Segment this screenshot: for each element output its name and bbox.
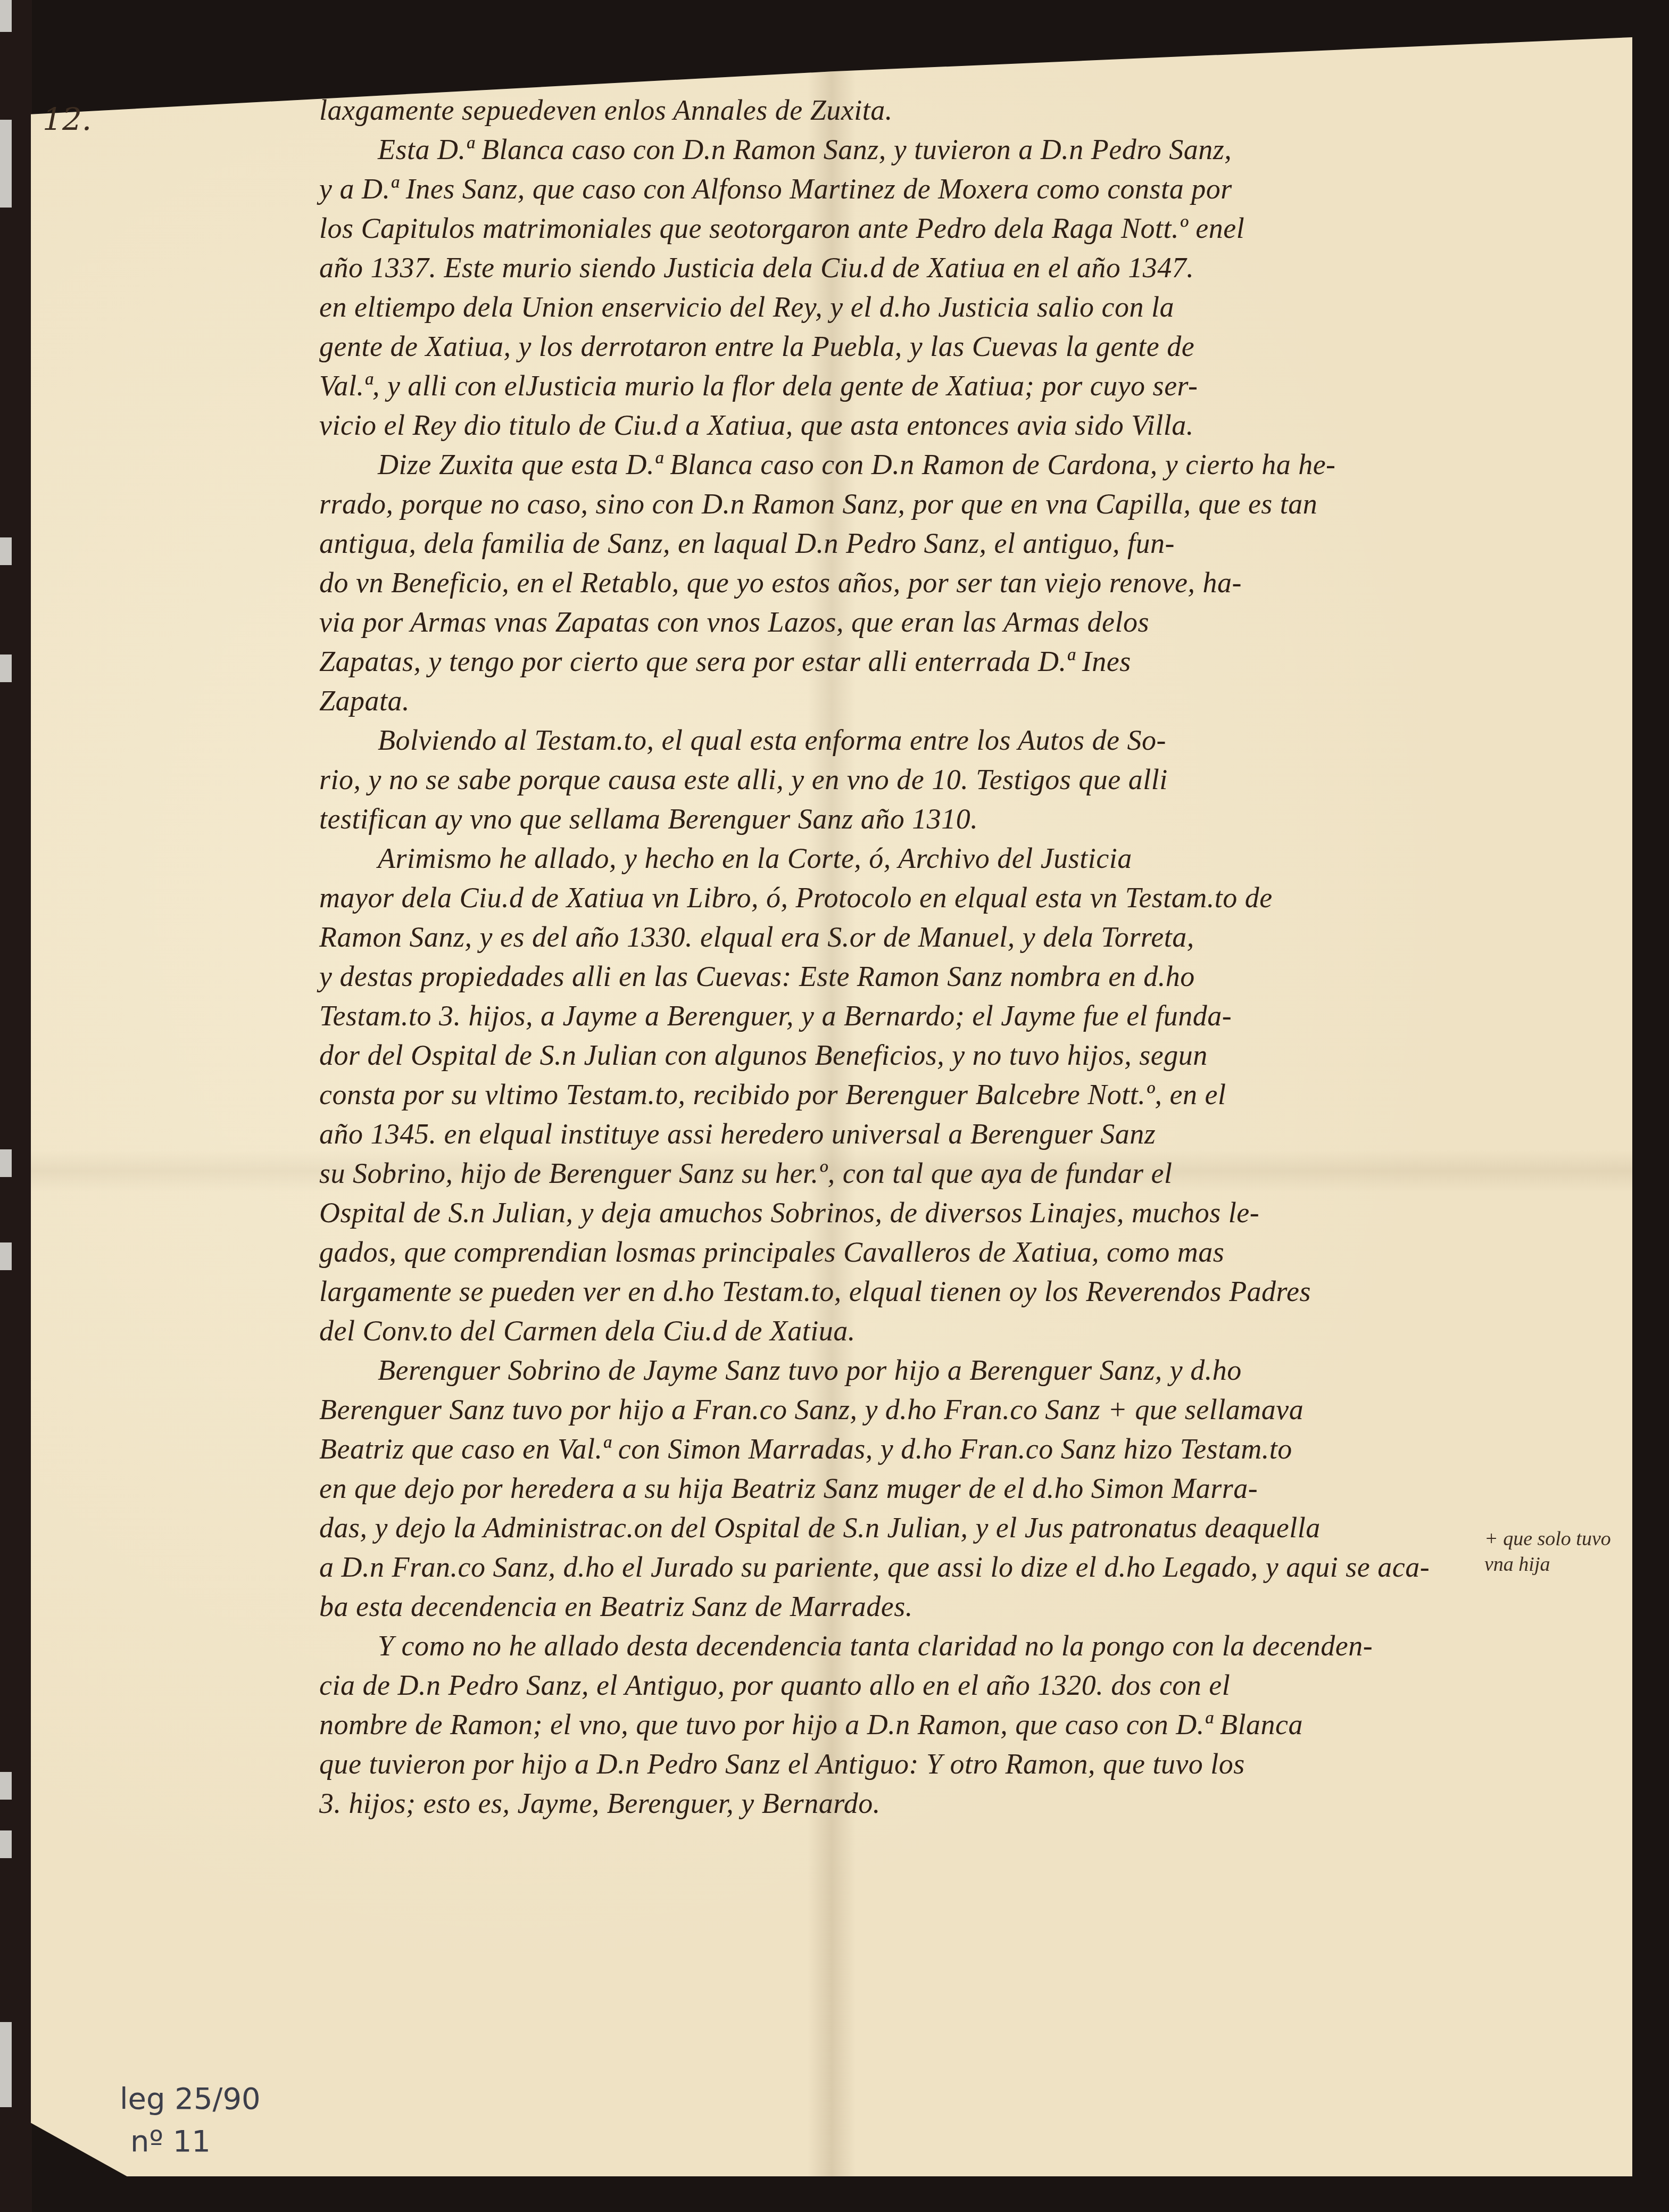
manuscript-line: 3. hijos; esto es, Jayme, Berenguer, y B…	[319, 1784, 1506, 1823]
manuscript-line: Arimismo he allado, y hecho en la Corte,…	[319, 839, 1506, 878]
manuscript-line: Dize Zuxita que esta D.ª Blanca caso con…	[319, 445, 1506, 484]
manuscript-line: ba esta decendencia en Beatriz Sanz de M…	[319, 1587, 1506, 1626]
manuscript-line: das, y dejo la Administrac.on del Ospita…	[319, 1508, 1506, 1547]
manuscript-line: rrado, porque no caso, sino con D.n Ramo…	[319, 484, 1506, 524]
manuscript-line: mayor dela Ciu.d de Xatiua vn Libro, ó, …	[319, 878, 1506, 917]
manuscript-line: que tuvieron por hijo a D.n Pedro Sanz e…	[319, 1744, 1506, 1784]
manuscript-body: laxgamente sepuedeven enlos Annales de Z…	[319, 90, 1506, 1823]
manuscript-line: gados, que comprendian losmas principale…	[319, 1232, 1506, 1272]
manuscript-line: en que dejo por heredera a su hija Beatr…	[319, 1469, 1506, 1508]
manuscript-line: año 1337. Este murio siendo Justicia del…	[319, 248, 1506, 287]
manuscript-line: su Sobrino, hijo de Berenguer Sanz su he…	[319, 1154, 1506, 1193]
margin-note-line: + que solo tuvo	[1484, 1526, 1633, 1552]
manuscript-line: Val.ª, y alli con elJusticia murio la fl…	[319, 366, 1506, 405]
scale-block	[0, 1242, 12, 1270]
manuscript-line: via por Armas vnas Zapatas con vnos Lazo…	[319, 602, 1506, 642]
manuscript-line: largamente se pueden ver en d.ho Testam.…	[319, 1272, 1506, 1311]
scale-block	[0, 1149, 12, 1177]
manuscript-line: laxgamente sepuedeven enlos Annales de Z…	[319, 90, 1506, 130]
archive-number: nº 11	[120, 2120, 261, 2163]
manuscript-line: del Conv.to del Carmen dela Ciu.d de Xat…	[319, 1311, 1506, 1351]
manuscript-line: Ospital de S.n Julian, y deja amuchos So…	[319, 1193, 1506, 1232]
scale-block	[0, 2022, 12, 2107]
scale-block	[0, 1772, 12, 1800]
manuscript-line: rio, y no se sabe porque causa este alli…	[319, 760, 1506, 799]
manuscript-line: Esta D.ª Blanca caso con D.n Ramon Sanz,…	[319, 130, 1506, 169]
manuscript-line: testifican ay vno que sellama Berenguer …	[319, 799, 1506, 839]
scale-block	[0, 1830, 12, 1858]
manuscript-line: en eltiempo dela Union enservicio del Re…	[319, 287, 1506, 327]
manuscript-line: Zapatas, y tengo por cierto que sera por…	[319, 642, 1506, 681]
margin-note: + que solo tuvo vna hija	[1484, 1526, 1633, 1577]
archive-reference: leg 25/90 nº 11	[120, 2078, 261, 2163]
manuscript-line: antigua, dela familia de Sanz, en laqual…	[319, 524, 1506, 563]
manuscript-line: gente de Xatiua, y los derrotaron entre …	[319, 327, 1506, 366]
archive-legajo: leg 25/90	[120, 2078, 261, 2120]
manuscript-line: Berenguer Sanz tuvo por hijo a Fran.co S…	[319, 1390, 1506, 1429]
scale-block	[0, 0, 12, 32]
manuscript-line: Bolviendo al Testam.to, el qual esta enf…	[319, 720, 1506, 760]
scale-block	[0, 655, 12, 682]
manuscript-line: Beatriz que caso en Val.ª con Simon Marr…	[319, 1429, 1506, 1469]
manuscript-line: Zapata.	[319, 681, 1506, 720]
manuscript-line: nombre de Ramon; el vno, que tuvo por hi…	[319, 1705, 1506, 1744]
manuscript-line: dor del Ospital de S.n Julian con alguno…	[319, 1035, 1506, 1075]
manuscript-line: Y como no he allado desta decendencia ta…	[319, 1626, 1506, 1666]
margin-note-line: vna hija	[1484, 1552, 1633, 1577]
manuscript-line: do vn Beneficio, en el Retablo, que yo e…	[319, 563, 1506, 602]
manuscript-line: los Capitulos matrimoniales que seotorga…	[319, 209, 1506, 248]
manuscript-line: Testam.to 3. hijos, a Jayme a Berenguer,…	[319, 996, 1506, 1035]
manuscript-line: y destas propiedades alli en las Cuevas:…	[319, 957, 1506, 996]
manuscript-line: vicio el Rey dio titulo de Ciu.d a Xatiu…	[319, 405, 1506, 445]
scale-strip	[0, 0, 32, 2212]
manuscript-line: Berenguer Sobrino de Jayme Sanz tuvo por…	[319, 1351, 1506, 1390]
manuscript-line: cia de D.n Pedro Sanz, el Antiguo, por q…	[319, 1666, 1506, 1705]
manuscript-line: a D.n Fran.co Sanz, d.ho el Jurado su pa…	[319, 1547, 1506, 1587]
scale-block	[0, 537, 12, 565]
manuscript-line: y a D.ª Ines Sanz, que caso con Alfonso …	[319, 169, 1506, 209]
manuscript-line: año 1345. en elqual instituye assi hered…	[319, 1114, 1506, 1154]
folio-number: 12.	[43, 101, 92, 137]
scale-block	[0, 120, 12, 208]
manuscript-line: consta por su vltimo Testam.to, recibido…	[319, 1075, 1506, 1114]
manuscript-line: Ramon Sanz, y es del año 1330. elqual er…	[319, 917, 1506, 957]
